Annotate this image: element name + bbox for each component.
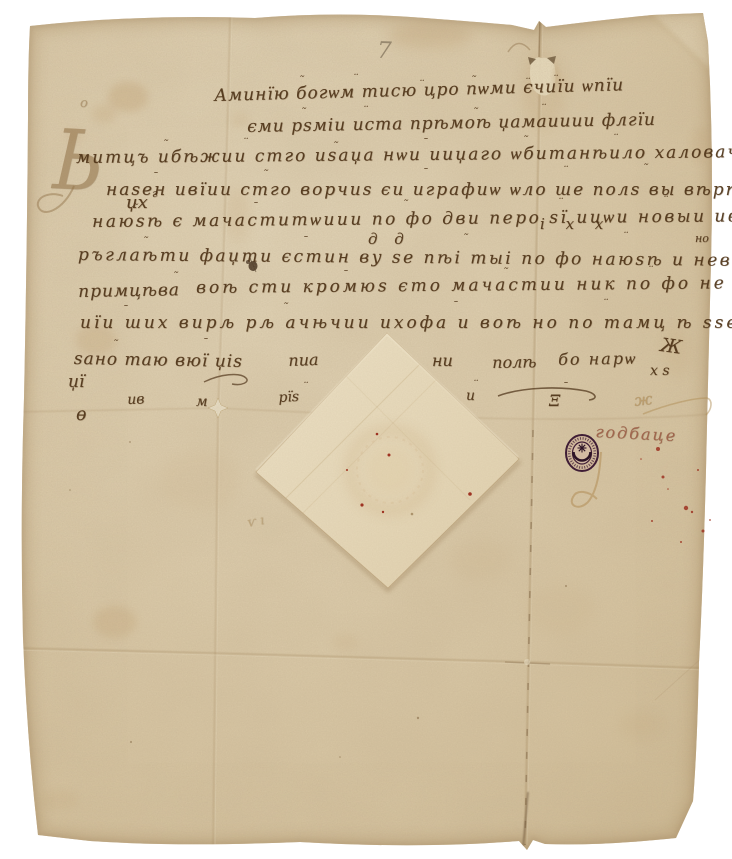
archive-stamp [566, 435, 598, 471]
paper-sheet [0, 0, 732, 859]
manuscript-photo: 7 ЬоАминїю богѡм тисю цро пѡми єчиїи ѡпї… [0, 0, 732, 859]
